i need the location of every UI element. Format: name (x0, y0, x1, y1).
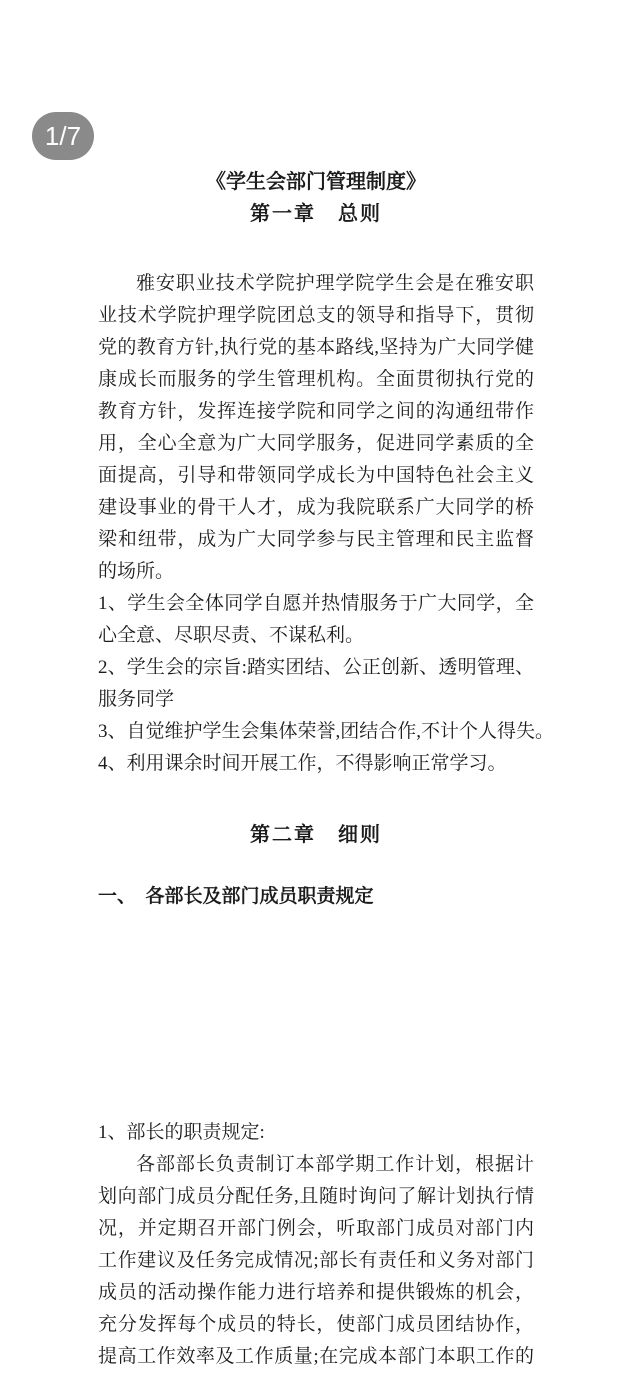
rule-item-2: 2、学生会的宗旨:踏实团结、公正创新、透明管理、服务同学 (98, 652, 534, 716)
doc-title: 《学生会部门管理制度》 (98, 166, 534, 198)
rule-item-3: 3、自觉维护学生会集体荣誉,团结合作,不计个人得失。 (98, 716, 534, 748)
page-indicator-badge: 1/7 (32, 112, 94, 160)
document-content: 《学生会部门管理制度》 第一章 总则 雅安职业技术学院护理学院学生会是在雅安职业… (98, 0, 534, 1370)
chapter1-heading: 第一章 总则 (98, 198, 534, 230)
duty-list-item: 1、部长的职责规定: (98, 1117, 534, 1149)
chapter2-heading: 第二章 细则 (98, 819, 534, 851)
rule-item-4: 4、利用课余时间开展工作，不得影响正常学习。 (98, 748, 534, 780)
rule-item-1: 1、学生会全体同学自愿并热情服务于广大同学，全心全意、尽职尽责、不谋私利。 (98, 588, 534, 652)
intro-paragraph: 雅安职业技术学院护理学院学生会是在雅安职业技术学院护理学院团总支的领导和指导下，… (98, 268, 534, 588)
section1-heading: 一、 各部长及部门成员职责规定 (98, 881, 534, 913)
clipped-paragraph-region: 各部部长负责制订本部学期工作计划，根据计划向部门成员分配任务,且随时询问了解计划… (98, 1149, 534, 1370)
document-page[interactable]: 1/7 《学生会部门管理制度》 第一章 总则 雅安职业技术学院护理学院学生会是在… (0, 0, 630, 1400)
duty-paragraph: 各部部长负责制订本部学期工作计划，根据计划向部门成员分配任务,且随时询问了解计划… (98, 1149, 534, 1370)
